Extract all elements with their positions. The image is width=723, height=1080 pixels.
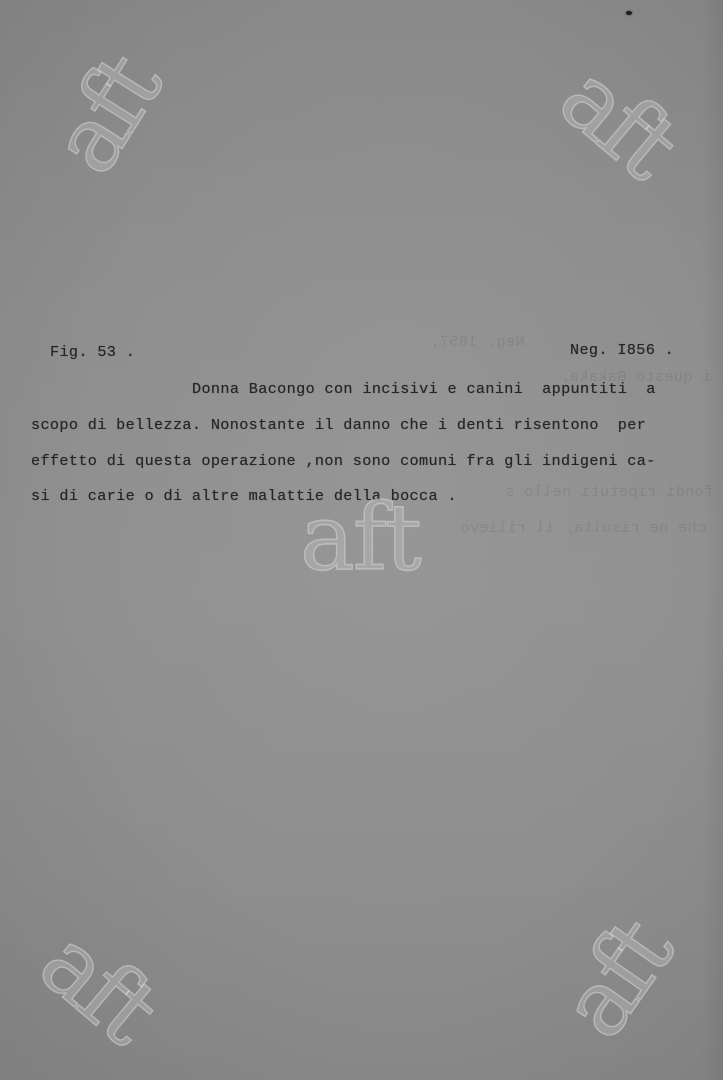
watermark-top-left: aft [37,43,175,188]
caption-line: effetto di questa operazione ,non sono c… [31,452,656,470]
watermark-bottom-left: aft [25,915,171,1059]
negative-label: Neg. I856 . [570,341,674,359]
bleed-through-line: che ne risulta, il rilievo [460,519,706,537]
caption-line: Donna Bacongo con incisivi e canini appu… [192,380,656,398]
watermark-center: aft [300,492,420,584]
dust-speck [626,11,632,15]
paper-edge-shadow [701,0,723,1080]
caption-line: scopo di bellezza. Nonostante il danno c… [31,416,646,434]
watermark-bottom-right: aft [546,906,687,1052]
bleed-through-line: Neg. 1857. [430,333,525,351]
bleed-through-line: fondi ripetuti nello s [505,483,713,501]
watermark-top-right: aft [545,50,691,194]
figure-label: Fig. 53 . [50,343,135,361]
